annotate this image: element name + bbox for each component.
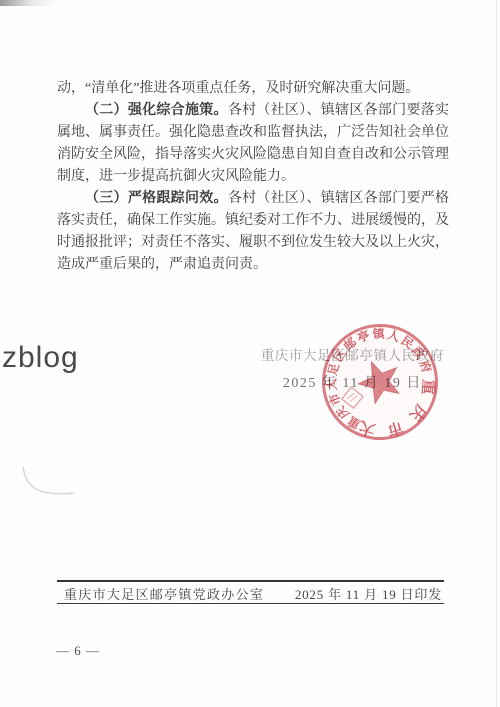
body-line: 时通报批评；对责任不落实、履职不到位发生较大及以上火灾，: [57, 232, 449, 254]
page-number: — 6 —: [56, 643, 100, 659]
body-line: （二）强化综合施策。各村（社区）、镇辖区各部门要落实: [57, 100, 449, 122]
scan-crease-artifact: [20, 462, 82, 504]
watermark-zblog: zblog: [2, 341, 79, 375]
body-line-text: 造成严重后果的，严肃追责问责。: [57, 257, 267, 272]
body-line-text: 消防安全风险，指导落实火灾风险隐患自知自查自改和公示管理: [57, 147, 449, 162]
scan-edge-line: [496, 0, 497, 707]
body-line: 制度，进一步提高抗御火灾风险能力。: [57, 166, 449, 188]
body-line-text: 各村（社区）、镇辖区各部门要落实: [228, 103, 449, 118]
document-body: 动，“清单化”推进各项重点任务，及时研究解决重大问题。 （二）强化综合施策。各村…: [57, 78, 449, 276]
body-line-text: 属地、属事责任。强化隐患查改和监督执法，广泛告知社会单位: [57, 125, 449, 140]
body-line: 消防安全风险，指导落实火灾风险隐患自知自查自改和公示管理: [57, 144, 449, 166]
body-line-text: 时通报批评；对责任不落实、履职不到位发生较大及以上火灾，: [57, 235, 449, 250]
footer-issuer: 重庆市大足区邮亭镇党政办公室: [64, 584, 264, 603]
body-line: （三）严格跟踪问效。各村（社区）、镇辖区各部门要严格: [57, 188, 449, 210]
body-line-text: 制度，进一步提高抗御火灾风险能力。: [57, 169, 295, 184]
footer-print-date: 2025 年 11 月 19 日印发: [295, 584, 442, 603]
body-line-bold: （三）严格跟踪问效。: [85, 191, 228, 206]
body-line: 属地、属事责任。强化隐患查改和监督执法，广泛告知社会单位: [57, 122, 449, 144]
body-line-text: 各村（社区）、镇辖区各部门要严格: [228, 191, 449, 206]
scan-smudge-artifact: [0, 0, 58, 6]
footer-bottom-rule: [57, 603, 444, 604]
body-line-bold: （二）强化综合施策。: [85, 103, 228, 118]
scanned-document-page: zblog 动，“清单化”推进各项重点任务，及时研究解决重大问题。 （二）强化综…: [0, 0, 500, 707]
body-line-text: 落实责任，确保工作实施。镇纪委对工作不力、进展缓慢的，及: [57, 213, 449, 228]
body-line: 落实责任，确保工作实施。镇纪委对工作不力、进展缓慢的，及: [57, 210, 449, 232]
body-line: 造成严重后果的，严肃追责问责。: [57, 254, 449, 276]
body-line-text: 动，“清单化”推进各项重点任务，及时研究解决重大问题。: [57, 81, 419, 96]
body-line: 动，“清单化”推进各项重点任务，及时研究解决重大问题。: [57, 78, 449, 100]
footer-top-rule: [57, 580, 444, 582]
official-seal: 重庆市大足区邮亭镇人民政府 重庆市大足: [318, 320, 442, 444]
